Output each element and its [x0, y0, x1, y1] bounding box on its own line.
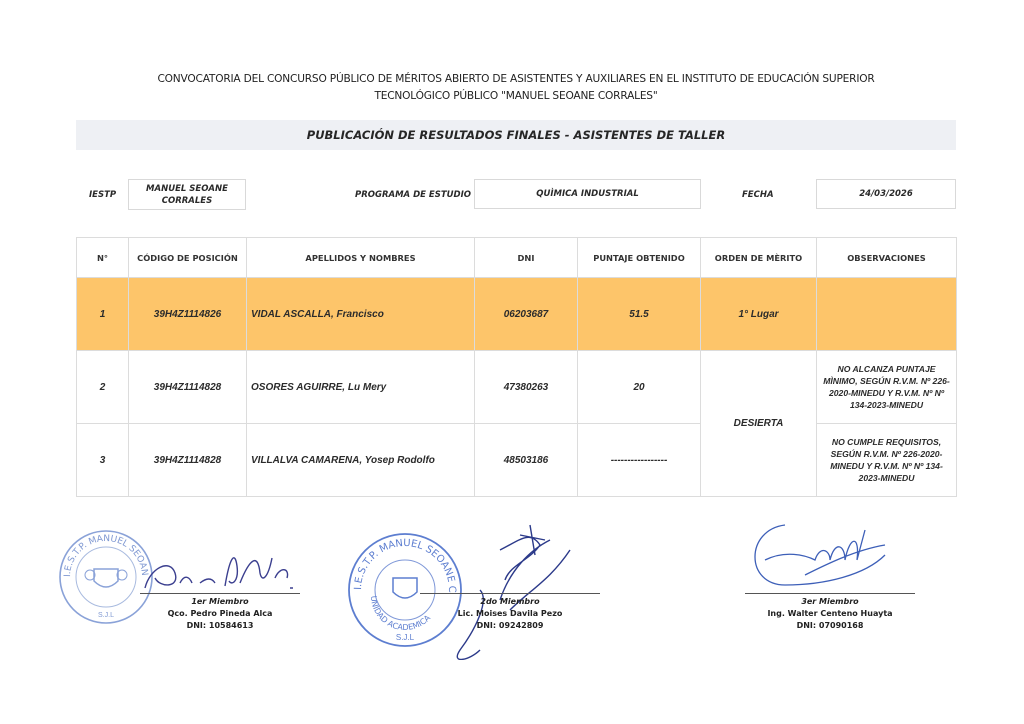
- col-header-puntaje: PUNTAJE OBTENIDO: [578, 238, 701, 278]
- col-header-n: N°: [77, 238, 129, 278]
- cell-n: 2: [77, 351, 129, 424]
- signature-line-3: [745, 593, 915, 594]
- col-header-dni: DNI: [475, 238, 578, 278]
- cell-codigo: 39H4Z1114826: [129, 278, 247, 351]
- col-header-observaciones: OBSERVACIONES: [817, 238, 957, 278]
- title-line-2: TECNOLÓGICO PÚBLICO "MANUEL SEOANE CORRA…: [76, 88, 956, 105]
- fecha-label: FECHA: [742, 190, 774, 200]
- signature-name-2: Lic. Moises Davila Pezo: [430, 608, 590, 620]
- title-line-1: CONVOCATORIA DEL CONCURSO PÚBLICO DE MÉR…: [76, 71, 956, 88]
- cell-observaciones: NO ALCANZA PUNTAJE MÌNIMO, SEGÚN R.V.M. …: [817, 351, 957, 424]
- iestp-value-line2: CORRALES: [146, 195, 228, 207]
- cell-codigo: 39H4Z1114828: [129, 424, 247, 497]
- iestp-label: IESTP: [89, 190, 116, 200]
- programa-label: PROGRAMA DE ESTUDIO: [355, 190, 471, 200]
- cell-puntaje: -----------------: [578, 424, 701, 497]
- cell-nombre: VIDAL ASCALLA, Francisco: [247, 278, 475, 351]
- signature-block-2: 2do Miembro Lic. Moises Davila Pezo DNI:…: [430, 596, 590, 632]
- document-title: CONVOCATORIA DEL CONCURSO PÚBLICO DE MÉR…: [76, 71, 956, 105]
- cell-nombre: OSORES AGUIRRE, Lu Mery: [247, 351, 475, 424]
- signature-dni-2: DNI: 09242809: [430, 620, 590, 632]
- signature-line-2: [420, 593, 600, 594]
- cell-observaciones: NO CUMPLE REQUISITOS, SEGÚN R.V.M. Nº 22…: [817, 424, 957, 497]
- signature-block-1: 1er Miembro Qco. Pedro Pineda Alca DNI: …: [140, 596, 300, 632]
- table-header-row: N° CÓDIGO DE POSICIÓN APELLIDOS Y NOMBRE…: [77, 238, 957, 278]
- cell-n: 3: [77, 424, 129, 497]
- cell-observaciones: [817, 278, 957, 351]
- col-header-orden: ORDEN DE MÈRITO: [701, 238, 817, 278]
- svg-text:S.J.L: S.J.L: [396, 633, 415, 642]
- col-header-nombre: APELLIDOS Y NOMBRES: [247, 238, 475, 278]
- signature-role-1: 1er Miembro: [140, 596, 300, 608]
- results-banner: PUBLICACIÓN DE RESULTADOS FINALES - ASIS…: [76, 120, 956, 150]
- table-row: 2 39H4Z1114828 OSORES AGUIRRE, Lu Mery 4…: [77, 351, 957, 424]
- cell-nombre: VILLALVA CAMARENA, Yosep Rodolfo: [247, 424, 475, 497]
- cell-puntaje: 20: [578, 351, 701, 424]
- signature-name-1: Qco. Pedro Pineda Alca: [140, 608, 300, 620]
- table-row: 3 39H4Z1114828 VILLALVA CAMARENA, Yosep …: [77, 424, 957, 497]
- cell-n: 1: [77, 278, 129, 351]
- fecha-value: 24/03/2026: [816, 179, 956, 209]
- signature-role-2: 2do Miembro: [430, 596, 590, 608]
- signature-name-3: Ing. Walter Centeno Huayta: [745, 608, 915, 620]
- cell-codigo: 39H4Z1114828: [129, 351, 247, 424]
- signature-line-1: [140, 593, 300, 594]
- iestp-value-line1: MANUEL SEOANE: [146, 183, 228, 195]
- signature-3-icon: [745, 515, 895, 595]
- cell-dni: 47380263: [475, 351, 578, 424]
- cell-dni: 48503186: [475, 424, 578, 497]
- signature-dni-1: DNI: 10584613: [140, 620, 300, 632]
- col-header-codigo: CÓDIGO DE POSICIÓN: [129, 238, 247, 278]
- cell-orden: 1° Lugar: [701, 278, 817, 351]
- banner-text: PUBLICACIÓN DE RESULTADOS FINALES - ASIS…: [307, 128, 725, 142]
- signature-block-3: 3er Miembro Ing. Walter Centeno Huayta D…: [745, 596, 915, 632]
- cell-puntaje: 51.5: [578, 278, 701, 351]
- programa-value: QUÌMICA INDUSTRIAL: [474, 179, 701, 209]
- svg-text:S.J.L: S.J.L: [98, 612, 114, 619]
- cell-orden-merged: DESIERTA: [701, 351, 817, 497]
- results-table: N° CÓDIGO DE POSICIÓN APELLIDOS Y NOMBRE…: [76, 237, 957, 497]
- table-row: 1 39H4Z1114826 VIDAL ASCALLA, Francisco …: [77, 278, 957, 351]
- signature-role-3: 3er Miembro: [745, 596, 915, 608]
- iestp-value: MANUEL SEOANE CORRALES: [128, 179, 246, 210]
- signature-dni-3: DNI: 07090168: [745, 620, 915, 632]
- cell-dni: 06203687: [475, 278, 578, 351]
- signature-2-icon: [440, 520, 590, 660]
- signature-1-icon: [140, 548, 300, 596]
